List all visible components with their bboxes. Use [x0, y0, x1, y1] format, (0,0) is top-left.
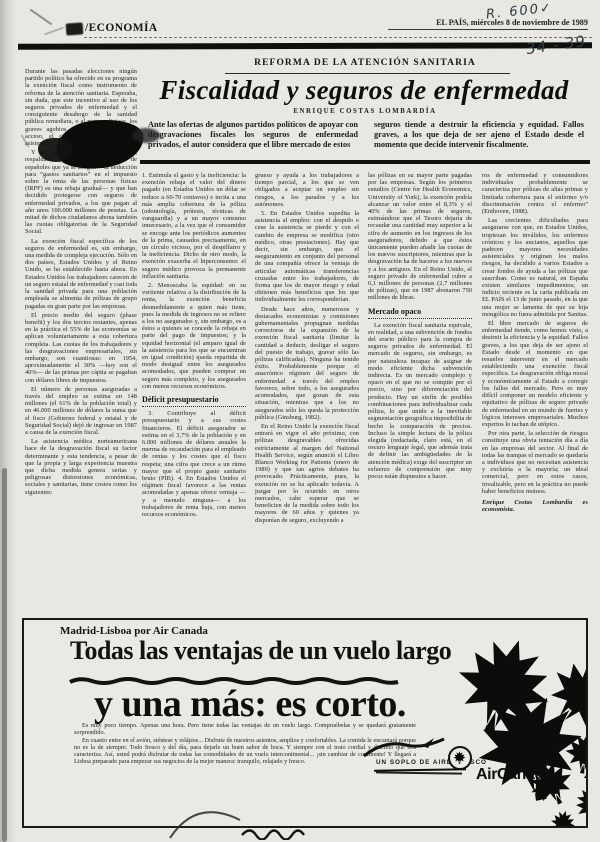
- body-column-1: 1. Estimula el gasto y la ineficiencia: …: [142, 172, 246, 614]
- body-paragraph: El precio medio del seguro (phase benefi…: [25, 312, 137, 384]
- pen-scribble: [240, 824, 312, 840]
- newspaper-page: /ECONOMÍA EL PAÍS, miércoles 8 de noviem…: [0, 0, 600, 842]
- maple-leaf-icon: [561, 729, 588, 776]
- pencil-mark: [44, 27, 63, 36]
- section-label: /ECONOMÍA: [85, 22, 158, 34]
- body-paragraph: En el Reino Unido la exención fiscal ent…: [255, 423, 359, 524]
- body-column-2: grueso y ayuda a los trabajadores a tiem…: [255, 172, 359, 614]
- body-paragraph: Por otra parte, la selección de riesgos …: [482, 430, 588, 495]
- deck-right: seguros tiende a destruir la eficiencia …: [374, 120, 584, 151]
- body-paragraph: 5. En Estados Unidos supedita la asisten…: [255, 210, 359, 304]
- scan-streak: [2, 468, 7, 842]
- body-paragraph: Es muy poco tiempo. Apenas una hora. Per…: [74, 722, 416, 736]
- header-bar: [18, 42, 592, 50]
- ink-blot-small: [38, 138, 72, 162]
- body-paragraph: 1. Estimula el gasto y la ineficiencia: …: [142, 172, 246, 280]
- author-credit: Enrique Costas Lombardía es economista.: [482, 499, 588, 513]
- body-column-3: las pólizas en su mayor parte pagadas po…: [368, 172, 472, 614]
- column-subhead: Déficit presupuestario: [142, 395, 246, 407]
- body-paragraph: 3. Contribuye al déficit presupuestario …: [142, 410, 246, 518]
- body-paragraph: las pólizas en su mayor parte pagadas po…: [368, 172, 472, 302]
- deck-left: Ante las ofertas de algunos partidos pol…: [148, 120, 358, 151]
- pen-scribble: [166, 806, 244, 842]
- body-paragraph: El libre mercado de seguros de enfermeda…: [482, 320, 588, 428]
- page-number-smudge: [66, 22, 84, 35]
- aircanada-advertisement: Madrid-Lisboa por Air Canada Todas las v…: [22, 618, 588, 828]
- body-paragraph: Desde hace años, numerosos y destacados …: [255, 306, 359, 421]
- article-kicker: REFORMA DE LA ATENCIÓN SANITARIA: [140, 58, 590, 68]
- body-paragraph: 2. Menoscaba la equidad: en su vertiente…: [142, 282, 246, 390]
- header-rule: [84, 37, 592, 38]
- article-byline: ENRIQUE COSTAS LOMBARDÍA: [140, 108, 590, 115]
- handwritten-page-range: 34 - 39: [525, 32, 587, 58]
- deck-divider-bar: [140, 160, 590, 164]
- body-column-4: ros de enfermedad y consumidores individ…: [482, 172, 588, 614]
- body-paragraph: grueso y ayuda a los trabajadores a tiem…: [255, 172, 359, 208]
- body-paragraph: La exención fiscal sanitaria equivale, e…: [368, 322, 472, 480]
- slogan-underline: [376, 771, 462, 774]
- body-paragraph: ros de enfermedad y consumidores individ…: [482, 172, 588, 215]
- body-paragraph: La asistencia médica norteamericana hace…: [25, 438, 137, 496]
- column-subhead: Mercado opaco: [368, 307, 472, 319]
- article-headline: Fiscalidad y seguros de enfermedad: [138, 76, 590, 105]
- aircanada-roundel-icon: [448, 746, 472, 770]
- body-paragraph: La exención fiscal específica de los seg…: [25, 238, 137, 310]
- pencil-mark: [30, 9, 52, 26]
- ink-blot-faint: [132, 128, 160, 143]
- article-deck: Ante las ofertas de algunos partidos pol…: [148, 120, 584, 151]
- bird-swoosh-icon: [362, 736, 446, 760]
- masthead-dateline: EL PAÍS, miércoles 8 de noviembre de 198…: [188, 18, 588, 27]
- body-paragraph: Las crecientes dificultades para asegura…: [482, 217, 588, 318]
- ink-blot: [38, 112, 162, 184]
- masthead-rule: [388, 29, 588, 30]
- kicker-rule: [225, 73, 510, 74]
- body-paragraph: El número de personas aseguradas a travé…: [25, 386, 137, 436]
- ad-headline-2: y una más: es corto.: [94, 682, 406, 726]
